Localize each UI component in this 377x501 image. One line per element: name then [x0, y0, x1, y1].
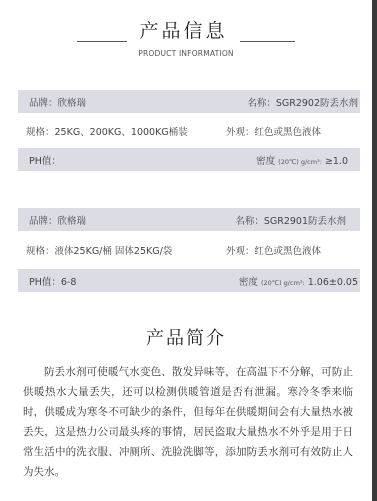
product-spec-table-sgr2902: 品牌：欣格瑞 名称：SGR2902防丢水剂 规格：25KG、200KG、1000…	[18, 90, 360, 171]
product-spec-table-sgr2901: 品牌：欣格瑞 名称：SGR2901防丢水剂 规格：液体25KG/桶 固体25KG…	[18, 208, 360, 292]
divider-right	[240, 41, 295, 42]
ph-value: PH值：	[18, 153, 61, 167]
spec: 规格：25KG、200KG、1000KG桶装	[18, 124, 226, 138]
product-name: 名称：SGR2902防丢水剂	[247, 95, 360, 109]
spec: 规格：液体25KG/桶 固体25KG/袋	[18, 243, 226, 257]
table-row: 品牌：欣格瑞 名称：SGR2901防丢水剂	[18, 208, 360, 231]
table-row: 品牌：欣格瑞 名称：SGR2902防丢水剂	[18, 90, 360, 113]
section-header: 产品信息 PRODUCT INFORMATION	[0, 18, 372, 58]
density-label: 密度	[256, 156, 275, 167]
intro-paragraph: 防丢水剂可使暖气水变色、散发异味等，在高温下不分解，可防止供暖热水大量丢失，还可…	[23, 362, 353, 482]
table-row: PH值： 密度 (20℃) g/cm³: ≥1.0	[18, 148, 360, 171]
table-row: 规格：25KG、200KG、1000KG桶装 外观：红色或黑色液体	[18, 113, 360, 148]
density-label: 密度	[239, 277, 258, 288]
density-condition: (20℃) g/cm³:	[278, 158, 322, 166]
section-title: 产品信息	[139, 18, 227, 44]
density: 密度 (20℃) g/cm³: ≥1.0	[256, 153, 350, 167]
brand: 品牌：欣格瑞	[18, 95, 86, 109]
product-name: 名称：SGR2901防丢水剂	[235, 213, 348, 227]
density-value: 1.06±0.05	[308, 277, 358, 288]
intro-title: 产品简介	[0, 324, 372, 350]
table-row: PH值：6-8 密度 (20℃) g/cm³: 1.06±0.05	[18, 269, 360, 292]
ph-value: PH值：6-8	[18, 274, 76, 288]
brand: 品牌：欣格瑞	[18, 213, 86, 227]
density-value: ≥1.0	[325, 156, 348, 167]
appearance: 外观：红色或黑色液体	[226, 243, 323, 257]
scrollbar[interactable]	[372, 0, 377, 501]
divider-left	[77, 41, 127, 42]
table-row: 规格：液体25KG/桶 固体25KG/袋 外观：红色或黑色液体	[18, 231, 360, 269]
density-condition: (20℃) g/cm³:	[261, 279, 305, 287]
density: 密度 (20℃) g/cm³: 1.06±0.05	[239, 274, 360, 288]
appearance: 外观：红色或黑色液体	[226, 124, 323, 138]
section-subtitle: PRODUCT INFORMATION	[0, 49, 372, 58]
